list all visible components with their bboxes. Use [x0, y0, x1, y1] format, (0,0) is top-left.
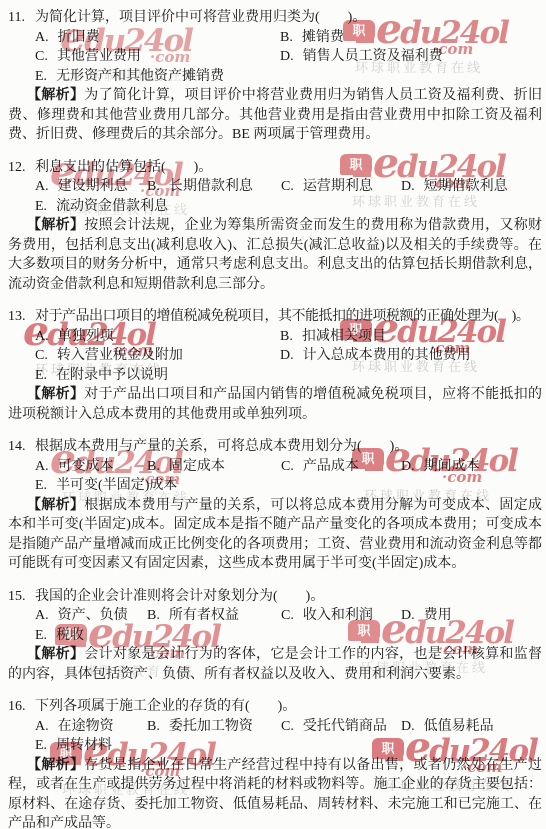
option-text: 摊销费 — [302, 28, 344, 48]
option-text: 受托代销商品 — [303, 717, 387, 737]
option-text: 其他营业费用 — [57, 47, 141, 67]
analysis-text: 对于产品出口项目和产品国内销售的增值税减免税项目，应将不能抵扣的进项税额计入总成… — [8, 387, 542, 422]
option-text: 扣减相关项目 — [302, 327, 386, 347]
option-text: 无形资产和其他资产摊销费 — [56, 67, 224, 87]
option-c: C.收入和利润 — [281, 606, 401, 626]
question-stem: 我国的企业会计准则将会计对象划分为( )。 — [35, 587, 542, 607]
option-label: B. — [147, 717, 160, 737]
option-text: 短期借款利息 — [424, 177, 508, 197]
option-text: 期间成本 — [424, 457, 480, 477]
option-row: A.建设期利息 B.长期借款利息 C.运营期利息 D.短期借款利息 — [35, 177, 542, 197]
exam-content: 11. 为简化计算，项目评价中可将营业费用归类为( )。 A.折旧费 B.摊销费… — [0, 0, 546, 829]
analysis-label: 【解析】 — [27, 387, 84, 402]
option-label: E. — [35, 197, 47, 217]
option-text: 税收 — [56, 626, 84, 646]
option-text: 建设期利息 — [58, 177, 128, 197]
question-stem-row: 15. 我国的企业会计准则将会计对象划分为( )。 — [8, 587, 542, 607]
option-e: E.税收 — [35, 626, 84, 646]
option-row: E.流动资金借款利息 — [35, 197, 542, 217]
analysis-label: 【解析】 — [27, 218, 84, 233]
option-label: C. — [281, 177, 294, 197]
option-b: B.所有者权益 — [147, 606, 281, 626]
option-label: A. — [35, 177, 49, 197]
option-row: E.税收 — [35, 626, 542, 646]
option-b: B.摊销费 — [280, 28, 344, 48]
option-label: C. — [281, 606, 294, 626]
option-a: A.单独列项 — [35, 327, 280, 347]
options: A.在途物资 B.委托加工物资 C.受托代销商品 D.低值易耗品 E.周转材料 — [8, 717, 542, 756]
option-text: 运营期利息 — [303, 177, 373, 197]
option-c: C.其他营业费用 — [35, 47, 280, 67]
option-label: A. — [35, 717, 49, 737]
option-label: C. — [35, 47, 48, 67]
question-number: 13. — [8, 307, 35, 327]
option-e: E.无形资产和其他资产摊销费 — [35, 67, 224, 87]
question-number: 16. — [8, 697, 35, 717]
analysis-text: 根据成本费用与产量的关系，可以将总成本费用分解为可变成本、固定成本和半可变(半固… — [8, 498, 542, 572]
question-number: 11. — [8, 8, 35, 28]
option-a: A.资产、负债 — [35, 606, 147, 626]
options: A.折旧费 B.摊销费 C.其他营业费用 D.销售人员工资及福利费 E.无形资产… — [8, 28, 542, 87]
option-text: 在附录中予以说明 — [56, 366, 168, 386]
option-text: 周转材料 — [56, 736, 112, 756]
option-d: D.低值易耗品 — [401, 717, 494, 737]
analysis: 【解析】根据成本费用与产量的关系，可以将总成本费用分解为可变成本、固定成本和半可… — [8, 496, 542, 574]
option-row: E.在附录中予以说明 — [35, 366, 542, 386]
option-label: E. — [35, 626, 47, 646]
option-c: C.运营期利息 — [281, 177, 401, 197]
question-number: 15. — [8, 587, 35, 607]
option-text: 委托加工物资 — [169, 717, 253, 737]
option-label: B. — [280, 327, 293, 347]
option-text: 收入和利润 — [303, 606, 373, 626]
question-stem: 利息支出的估算包括( )。 — [35, 158, 542, 178]
option-row: C.转入营业税金及附加 D.计入总成本费用的其他费用 — [35, 346, 542, 366]
option-label: A. — [35, 327, 49, 347]
question-11: 11. 为简化计算，项目评价中可将营业费用归类为( )。 A.折旧费 B.摊销费… — [8, 8, 542, 145]
option-label: E. — [35, 366, 47, 386]
option-row: A.折旧费 B.摊销费 — [35, 28, 542, 48]
option-label: B. — [147, 457, 160, 477]
option-text: 半可变(半固定)成本 — [56, 476, 177, 496]
option-label: D. — [401, 606, 415, 626]
option-label: D. — [401, 177, 415, 197]
option-a: A.在途物资 — [35, 717, 147, 737]
question-16: 16. 下列各项属于施工企业的存货的有( )。 A.在途物资 B.委托加工物资 … — [8, 697, 542, 829]
option-label: A. — [35, 606, 49, 626]
question-stem-row: 16. 下列各项属于施工企业的存货的有( )。 — [8, 697, 542, 717]
option-text: 产品成本 — [303, 457, 359, 477]
options: A.建设期利息 B.长期借款利息 C.运营期利息 D.短期借款利息 E.流动资金… — [8, 177, 542, 216]
option-text: 转入营业税金及附加 — [57, 346, 183, 366]
option-label: C. — [281, 717, 294, 737]
option-b: B.长期借款利息 — [147, 177, 281, 197]
option-e: E.半可变(半固定)成本 — [35, 476, 177, 496]
option-text: 所有者权益 — [169, 606, 239, 626]
option-label: D. — [401, 717, 415, 737]
option-text: 销售人员工资及福利费 — [303, 47, 443, 67]
analysis-text: 按照会计法规，企业为筹集所需资金而发生的费用称为借款费用，又称财务费用，包括利息… — [8, 218, 542, 292]
option-text: 在途物资 — [58, 717, 114, 737]
question-stem: 对于产品出口项目的增值税减免税项目，其不能抵扣的进项税额的正确处理为( )。 — [35, 307, 542, 327]
option-row: A.在途物资 B.委托加工物资 C.受托代销商品 D.低值易耗品 — [35, 717, 542, 737]
option-e: E.流动资金借款利息 — [35, 197, 168, 217]
option-label: E. — [35, 736, 47, 756]
option-e: E.周转材料 — [35, 736, 112, 756]
option-label: B. — [147, 177, 160, 197]
option-b: B.固定成本 — [147, 457, 281, 477]
analysis-text: 为了简化计算，项目评价中将营业费用归为销售人员工资及福利费、折旧费、修理费和其他… — [8, 88, 542, 142]
option-c: C.转入营业税金及附加 — [35, 346, 280, 366]
analysis-text: 会计对象是会计行为的客体，它是会计工作的内容，也是会计核算和监督的内容，具体包括… — [8, 647, 542, 682]
analysis: 【解析】存货是指企业在日常生产经营过程中持有以备出售，或者仍然处在生产过程，或者… — [8, 756, 542, 829]
option-label: B. — [147, 606, 160, 626]
option-label: E. — [35, 476, 47, 496]
option-d: D.短期借款利息 — [401, 177, 508, 197]
option-a: A.建设期利息 — [35, 177, 147, 197]
option-d: D.计入总成本费用的其他费用 — [280, 346, 471, 366]
analysis: 【解析】会计对象是会计行为的客体，它是会计工作的内容，也是会计核算和监督的内容，… — [8, 645, 542, 684]
option-d: D.费用 — [401, 606, 452, 626]
question-15: 15. 我国的企业会计准则将会计对象划分为( )。 A.资产、负债 B.所有者权… — [8, 587, 542, 685]
question-stem-row: 13. 对于产品出口项目的增值税减免税项目，其不能抵扣的进项税额的正确处理为( … — [8, 307, 542, 327]
question-stem: 根据成本费用与产量的关系，可将总成本费用划分为( )。 — [35, 437, 542, 457]
analysis: 【解析】按照会计法规，企业为筹集所需资金而发生的费用称为借款费用，又称财务费用，… — [8, 216, 542, 294]
analysis: 【解析】对于产品出口项目和产品国内销售的增值税减免税项目，应将不能抵扣的进项税额… — [8, 385, 542, 424]
question-stem: 为简化计算，项目评价中可将营业费用归类为( )。 — [35, 8, 542, 28]
options: A.可变成本 B.固定成本 C.产品成本 D.期间成本 E.半可变(半固定)成本 — [8, 457, 542, 496]
option-c: C.受托代销商品 — [281, 717, 401, 737]
option-text: 计入总成本费用的其他费用 — [303, 346, 471, 366]
option-row: A.资产、负债 B.所有者权益 C.收入和利润 D.费用 — [35, 606, 542, 626]
option-label: C. — [281, 457, 294, 477]
option-label: A. — [35, 457, 49, 477]
question-stem-row: 11. 为简化计算，项目评价中可将营业费用归类为( )。 — [8, 8, 542, 28]
option-label: E. — [35, 67, 47, 87]
option-text: 长期借款利息 — [169, 177, 253, 197]
question-13: 13. 对于产品出口项目的增值税减免税项目，其不能抵扣的进项税额的正确处理为( … — [8, 307, 542, 424]
analysis: 【解析】为了简化计算，项目评价中将营业费用归为销售人员工资及福利费、折旧费、修理… — [8, 86, 542, 145]
option-label: A. — [35, 28, 49, 48]
option-row: E.周转材料 — [35, 736, 542, 756]
analysis-label: 【解析】 — [27, 758, 84, 773]
option-row: A.单独列项 B.扣减相关项目 — [35, 327, 542, 347]
option-text: 可变成本 — [58, 457, 114, 477]
option-label: D. — [280, 47, 294, 67]
option-text: 固定成本 — [169, 457, 225, 477]
scanned-exam-page: { "page": { "background": "#fcfcfa", "te… — [0, 0, 546, 829]
analysis-label: 【解析】 — [27, 498, 84, 513]
option-row: E.无形资产和其他资产摊销费 — [35, 67, 542, 87]
option-a: A.可变成本 — [35, 457, 147, 477]
option-text: 单独列项 — [58, 327, 114, 347]
question-stem-row: 14. 根据成本费用与产量的关系，可将总成本费用划分为( )。 — [8, 437, 542, 457]
question-number: 12. — [8, 158, 35, 178]
option-label: C. — [35, 346, 48, 366]
option-label: D. — [280, 346, 294, 366]
option-row: A.可变成本 B.固定成本 C.产品成本 D.期间成本 — [35, 457, 542, 477]
analysis-label: 【解析】 — [27, 88, 84, 103]
question-stem-row: 12. 利息支出的估算包括( )。 — [8, 158, 542, 178]
option-c: C.产品成本 — [281, 457, 401, 477]
option-text: 费用 — [424, 606, 452, 626]
option-b: B.委托加工物资 — [147, 717, 281, 737]
option-text: 低值易耗品 — [424, 717, 494, 737]
question-12: 12. 利息支出的估算包括( )。 A.建设期利息 B.长期借款利息 C.运营期… — [8, 158, 542, 295]
option-d: D.销售人员工资及福利费 — [280, 47, 443, 67]
option-label: B. — [280, 28, 293, 48]
options: A.单独列项 B.扣减相关项目 C.转入营业税金及附加 D.计入总成本费用的其他… — [8, 327, 542, 386]
option-text: 折旧费 — [58, 28, 100, 48]
option-e: E.在附录中予以说明 — [35, 366, 168, 386]
option-text: 流动资金借款利息 — [56, 197, 168, 217]
option-label: D. — [401, 457, 415, 477]
option-a: A.折旧费 — [35, 28, 280, 48]
question-stem: 下列各项属于施工企业的存货的有( )。 — [35, 697, 542, 717]
option-d: D.期间成本 — [401, 457, 480, 477]
option-b: B.扣减相关项目 — [280, 327, 386, 347]
analysis-label: 【解析】 — [27, 647, 84, 662]
question-number: 14. — [8, 437, 35, 457]
question-14: 14. 根据成本费用与产量的关系，可将总成本费用划分为( )。 A.可变成本 B… — [8, 437, 542, 574]
options: A.资产、负债 B.所有者权益 C.收入和利润 D.费用 E.税收 — [8, 606, 542, 645]
option-row: E.半可变(半固定)成本 — [35, 476, 542, 496]
option-text: 资产、负债 — [58, 606, 128, 626]
option-row: C.其他营业费用 D.销售人员工资及福利费 — [35, 47, 542, 67]
analysis-text: 存货是指企业在日常生产经营过程中持有以备出售，或者仍然处在生产过程，或者在生产或… — [8, 758, 542, 829]
